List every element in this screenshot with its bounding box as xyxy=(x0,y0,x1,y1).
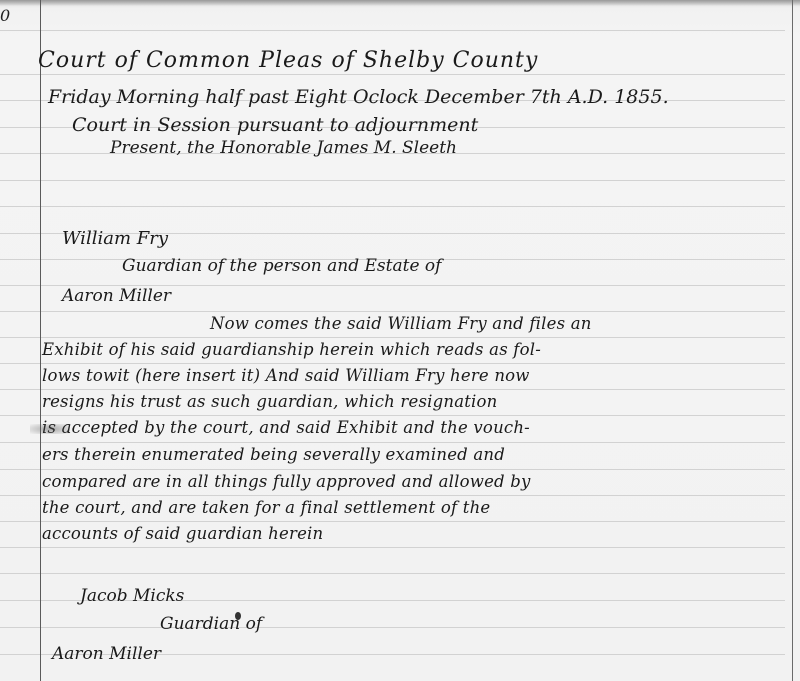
session-date-line: Friday Morning half past Eight Oclock De… xyxy=(48,86,669,108)
ruled-line xyxy=(0,311,785,312)
court-heading: Court of Common Pleas of Shelby County xyxy=(38,48,538,73)
ruled-line xyxy=(0,442,785,443)
left-margin-line xyxy=(40,0,41,681)
ruled-line xyxy=(0,573,785,574)
entry-2-role: Guardian of xyxy=(160,614,262,634)
ruled-line xyxy=(0,627,785,628)
entry-1-body-line: ers therein enumerated being severally e… xyxy=(42,445,505,464)
ruled-line xyxy=(0,337,785,338)
entry-1-body-line: Exhibit of his said guardianship herein … xyxy=(42,340,541,359)
entry-1-body-line: is accepted by the court, and said Exhib… xyxy=(42,418,530,437)
ruled-line xyxy=(0,363,785,364)
entry-1-body-line: Now comes the said William Fry and files… xyxy=(210,314,592,333)
ruled-line xyxy=(0,30,785,31)
entry-1-ward: Aaron Miller xyxy=(62,286,171,306)
right-margin-line xyxy=(792,0,793,681)
session-status-line: Court in Session pursuant to adjournment xyxy=(72,114,478,136)
ruled-line xyxy=(0,206,785,207)
entry-1-role: Guardian of the person and Estate of xyxy=(122,256,441,276)
entry-1-body-line: resigns his trust as such guardian, whic… xyxy=(42,392,498,411)
ruled-line xyxy=(0,547,785,548)
ruled-line xyxy=(0,74,785,75)
entry-1-body-line: compared are in all things fully approve… xyxy=(42,472,531,491)
ruled-line xyxy=(0,521,785,522)
entry-1-body-line: accounts of said guardian herein xyxy=(42,524,323,543)
ink-smudge xyxy=(30,424,70,434)
ruled-line xyxy=(0,415,785,416)
ruled-line xyxy=(0,389,785,390)
ruled-line xyxy=(0,495,785,496)
presiding-judge-line: Present, the Honorable James M. Sleeth xyxy=(110,138,457,158)
ledger-page: 0 Court of Common Pleas of Shelby County… xyxy=(0,0,800,681)
ruled-line xyxy=(0,180,785,181)
entry-1-party: William Fry xyxy=(62,228,168,249)
page-number-fragment: 0 xyxy=(0,6,10,25)
entry-1-body-line: the court, and are taken for a final set… xyxy=(42,498,490,517)
entry-2-ward: Aaron Miller xyxy=(52,644,161,664)
ruled-line xyxy=(0,469,785,470)
entry-2-party: Jacob Micks xyxy=(80,586,184,606)
page-top-shadow xyxy=(0,0,800,6)
entry-1-body-line: lows towit (here insert it) And said Wil… xyxy=(42,366,530,385)
